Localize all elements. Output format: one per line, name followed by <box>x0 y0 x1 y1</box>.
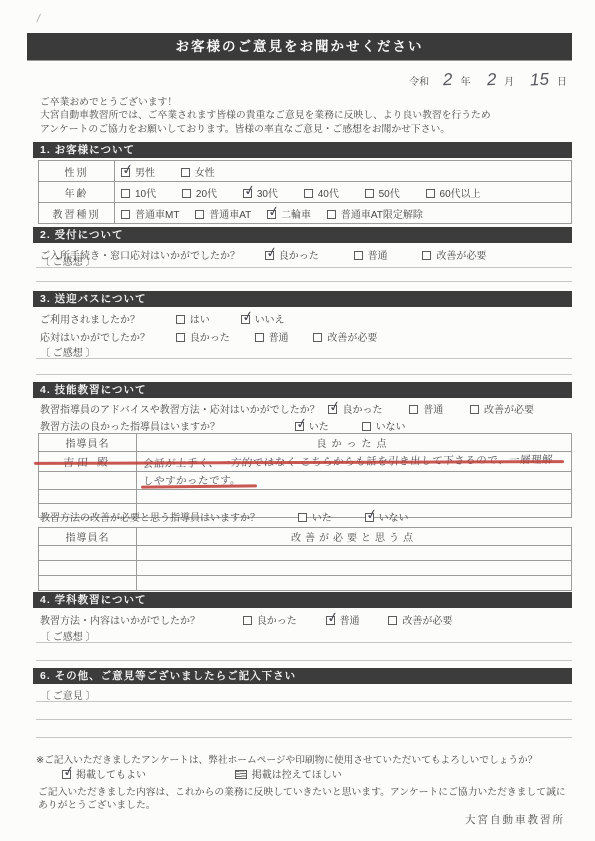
table-row <box>39 490 572 504</box>
closing-message: ご記入いただきました内容は、これからの業務に反映していきたいと思います。アンケー… <box>38 786 568 812</box>
column-header-name: 指導員名 <box>39 434 137 452</box>
option-label: 良かった <box>190 333 230 344</box>
option-label: 60代以上 <box>440 189 481 200</box>
check-mark-icon: ✓ <box>267 202 282 221</box>
academic-question-row: 教習方法・内容はいかがでしたか？ ✓良かった ✓普通 ✓改善が必要 <box>40 612 452 627</box>
checkbox-option-improve-instructor-yes[interactable]: ✓いた <box>298 509 332 524</box>
question-label: 教習方法・内容はいかがでしたか？ <box>40 612 240 627</box>
check-mark-icon: ✓ <box>242 181 257 200</box>
table-row <box>39 561 572 576</box>
checkbox[interactable]: ✓ <box>121 189 130 198</box>
date-day-value: 15 <box>530 70 550 91</box>
checkbox-option-bus-no[interactable]: ✓いいえ <box>241 311 285 326</box>
question-label: 教習方法の改善が必要と思う指導員はいますか？ <box>40 509 295 524</box>
checkbox-option-reception-good[interactable]: ✓良かった <box>265 247 319 262</box>
intro-line-3: アンケートのご協力をお願いしております。皆様の率直なご意見・ご感想をお聞かせ下さ… <box>40 123 565 136</box>
column-header-point: 良かった点 <box>137 434 572 452</box>
checkbox-option-skill-good[interactable]: ✓良かった <box>328 401 382 416</box>
section-1-header: 1. お客様について <box>33 142 572 158</box>
section-4-skill-header: 4. 技能教習について <box>33 382 572 398</box>
writing-line[interactable] <box>36 358 572 359</box>
checkbox-option-academic-improve[interactable]: ✓改善が必要 <box>388 612 452 627</box>
instructor-name-handwriting: 吉田 殿 <box>63 453 112 470</box>
table-header-row: 指導員名 良かった点 <box>39 434 572 452</box>
checkbox-option-bus-yes[interactable]: ✓はい <box>176 311 210 326</box>
checkbox[interactable]: ✓ <box>327 210 336 219</box>
bus-used-question-row: ご利用されましたか？ ✓はい ✓いいえ <box>40 311 285 326</box>
checkbox[interactable]: ✓ <box>326 616 335 625</box>
checkbox[interactable]: ✓ <box>121 210 130 219</box>
checkbox-option-age-60plus[interactable]: ✓60代以上 <box>426 185 481 200</box>
checkbox-option-bus-improve[interactable]: ✓改善が必要 <box>313 329 377 344</box>
check-mark-icon: ✓ <box>364 505 379 524</box>
checkbox-option-age-40s[interactable]: ✓40代 <box>304 185 339 200</box>
option-label: 普通車AT限定解除 <box>341 210 423 221</box>
publish-options-row: ✓掲載してもよい ✓掲載は控えてほしい <box>62 766 342 781</box>
checkbox-option-skill-normal[interactable]: ✓普通 <box>409 401 443 416</box>
publish-permission-question: ※ご記入いただきましたアンケートは、弊社ホームページや印刷物に使用させていただい… <box>36 752 576 766</box>
checkbox[interactable]: ✓ <box>176 315 185 324</box>
checkbox[interactable]: ✓ <box>121 168 130 177</box>
school-signature: 大宮自動車教習所 <box>465 812 565 827</box>
option-label: 10代 <box>135 189 156 200</box>
question-label: 応対はいかがでしたか？ <box>40 329 173 344</box>
option-label: 普通車AT <box>209 210 251 221</box>
checkbox-option-bus-good[interactable]: ✓良かった <box>176 329 230 344</box>
bus-service-question-row: 応対はいかがでしたか？ ✓良かった ✓普通 ✓改善が必要 <box>40 329 377 344</box>
option-label: 普通 <box>368 251 388 262</box>
checkbox[interactable]: ✓ <box>304 189 313 198</box>
option-label: 掲載してもよい <box>76 770 146 781</box>
option-label: 20代 <box>196 189 217 200</box>
option-label: いいえ <box>255 315 285 326</box>
good-instructor-table: 指導員名 良かった点 吉田 殿 会話が上手く、一方的ではなく こちらからも話を引… <box>38 433 572 518</box>
date-month-value: 2 <box>486 70 497 90</box>
checkbox-option-skill-improve[interactable]: ✓改善が必要 <box>470 401 534 416</box>
check-mark-icon: ✓ <box>240 307 255 326</box>
checkbox-option-age-20s[interactable]: ✓20代 <box>182 185 217 200</box>
checkbox-option-academic-normal[interactable]: ✓普通 <box>326 612 360 627</box>
check-mark-icon: ✓ <box>294 414 309 433</box>
checkbox-option-male[interactable]: ✓男性 <box>121 164 155 179</box>
intro-line-1: ご卒業おめでとうございます！ <box>40 96 565 109</box>
checkbox[interactable]: ✓ <box>362 422 371 431</box>
checkbox-option-academic-good[interactable]: ✓良かった <box>243 612 297 627</box>
option-label: 二輪車 <box>281 210 311 221</box>
checkbox-option-at-limit-release[interactable]: ✓普通車AT限定解除 <box>327 206 423 221</box>
checkbox[interactable]: ✓ <box>365 189 374 198</box>
date-day-suffix: 日 <box>557 77 567 88</box>
table-header-row: 指導員名 改善が必要と思う点 <box>39 528 572 546</box>
checkbox-option-age-30s[interactable]: ✓30代 <box>243 185 278 200</box>
checkbox[interactable]: ✓ <box>426 189 435 198</box>
checkbox[interactable]: ✓ <box>255 333 264 342</box>
date-era-label: 令和 <box>409 77 429 88</box>
checkbox[interactable]: ✓ <box>409 405 418 414</box>
option-label: いない <box>376 422 406 433</box>
date-year-value: 2 <box>443 70 454 90</box>
checkbox-option-good-instructor-no[interactable]: ✓いない <box>362 418 406 433</box>
checkbox[interactable]: ✓ <box>181 168 190 177</box>
option-label: 女性 <box>195 168 215 179</box>
option-label: 40代 <box>318 189 339 200</box>
comment-label: 〔 ご感想 〕 <box>40 344 96 359</box>
option-label: 50代 <box>379 189 400 200</box>
option-label: 改善が必要 <box>484 405 534 416</box>
column-header-point: 改善が必要と思う点 <box>137 528 572 546</box>
checkbox-option-publish-ok[interactable]: ✓掲載してもよい <box>62 766 146 781</box>
checkbox-option-car-at[interactable]: ✓普通車AT <box>195 206 251 221</box>
checkbox[interactable]: ✓ <box>182 189 191 198</box>
checkbox[interactable]: ✓ <box>354 251 363 260</box>
writing-line[interactable] <box>36 374 572 375</box>
section-academic-header: 4. 学科教習について <box>33 592 572 608</box>
checkbox-option-car-mt[interactable]: ✓普通車MT <box>121 206 179 221</box>
writing-line[interactable] <box>36 281 572 282</box>
comment-label: 〔 ご意見 〕 <box>40 687 96 702</box>
writing-line[interactable] <box>36 642 572 643</box>
checkbox-option-female[interactable]: ✓女性 <box>181 164 215 179</box>
date-month-suffix: 月 <box>504 77 514 88</box>
intro-line-2: 大宮自動車教習所では、ご卒業されます皆様の貴重なご意見を業務に反映し、より良い教… <box>40 109 565 122</box>
table-row: しやすかったです。 <box>39 472 572 490</box>
checkbox-option-publish-refrain[interactable]: ✓掲載は控えてほしい <box>235 766 342 781</box>
option-label: 普通車MT <box>135 210 179 221</box>
checkbox[interactable]: ✓ <box>267 210 276 219</box>
table-row: 教習種別 ✓普通車MT ✓普通車AT ✓二輪車 ✓普通車AT限定解除 <box>39 203 572 224</box>
table-row: 性別 ✓男性 ✓女性 <box>39 161 572 182</box>
writing-line[interactable] <box>36 701 572 702</box>
table-row <box>39 546 572 561</box>
table-row <box>39 576 572 591</box>
scan-artifact <box>36 14 43 23</box>
option-label: いた <box>309 422 329 433</box>
instructor-advice-question-row: 教習指導員のアドバイスや教習方法・応対はいかがでしたか？ ✓良かった ✓普通 ✓… <box>40 401 534 416</box>
checkbox[interactable]: ✓ <box>328 405 337 414</box>
option-label: 30代 <box>257 189 278 200</box>
option-label: 普通 <box>423 405 443 416</box>
course-row-label: 教習種別 <box>39 203 115 224</box>
checkbox[interactable]: ✓ <box>235 770 247 779</box>
checkbox[interactable]: ✓ <box>176 333 185 342</box>
checkbox-option-motorcycle[interactable]: ✓二輪車 <box>267 206 311 221</box>
option-label: 普通 <box>269 333 289 344</box>
good-instructor-question-row: 教習方法の良かった指導員はいますか？ ✓いた ✓いない <box>40 418 406 433</box>
question-label: 教習方法の良かった指導員はいますか？ <box>40 418 292 433</box>
checkbox[interactable]: ✓ <box>388 616 397 625</box>
writing-line[interactable] <box>36 660 572 661</box>
checkbox[interactable]: ✓ <box>241 315 250 324</box>
option-label: 改善が必要 <box>402 616 452 627</box>
age-row-label: 年齢 <box>39 182 115 203</box>
writing-line[interactable] <box>36 737 572 738</box>
question-label: ご利用されましたか？ <box>40 311 173 326</box>
table-row: 吉田 殿 会話が上手く、一方的ではなく こちらからも話を引き出して下さるので、一… <box>39 452 572 472</box>
writing-line[interactable] <box>36 719 572 720</box>
option-label: 改善が必要 <box>436 251 486 262</box>
checkbox[interactable]: ✓ <box>365 513 374 522</box>
option-label: 改善が必要 <box>327 333 377 344</box>
date-line: 令和2年2月15日 <box>409 70 567 90</box>
writing-line[interactable] <box>36 267 572 268</box>
question-label: 教習指導員のアドバイスや教習方法・応対はいかがでしたか？ <box>40 401 320 416</box>
checkbox-option-bus-normal[interactable]: ✓普通 <box>255 329 289 344</box>
option-label: 良かった <box>257 616 297 627</box>
improve-instructor-question-row: 教習方法の改善が必要と思う指導員はいますか？ ✓いた ✓いない <box>40 509 409 524</box>
checkbox-option-improve-instructor-no[interactable]: ✓いない <box>365 509 409 524</box>
checkbox[interactable]: ✓ <box>470 405 479 414</box>
checkbox[interactable]: ✓ <box>422 251 431 260</box>
option-label: 掲載は控えてほしい <box>252 770 342 781</box>
form-title-banner: お客様のご意見をお聞かせください <box>27 33 572 60</box>
intro-text: ご卒業おめでとうございます！ 大宮自動車教習所では、ご卒業されます皆様の貴重なご… <box>40 96 565 136</box>
check-mark-icon: ✓ <box>121 160 136 179</box>
gender-row-label: 性別 <box>39 161 115 182</box>
option-label: 普通 <box>340 616 360 627</box>
checkbox[interactable]: ✓ <box>62 770 71 779</box>
check-mark-icon: ✓ <box>325 608 340 627</box>
section-3-header: 3. 送迎バスについて <box>33 291 572 307</box>
comment-label: 〔 ご感想 〕 <box>40 628 96 643</box>
checkbox[interactable]: ✓ <box>313 333 322 342</box>
checkbox[interactable]: ✓ <box>295 422 304 431</box>
option-label: 良かった <box>342 405 382 416</box>
checkbox-option-good-instructor-yes[interactable]: ✓いた <box>295 418 329 433</box>
comment-label: 〔 ご感想 〕 <box>40 253 96 268</box>
good-point-handwriting-line2: しやすかったです。 <box>142 472 241 488</box>
checkbox[interactable]: ✓ <box>265 251 274 260</box>
customer-info-table: 性別 ✓男性 ✓女性 年齢 ✓10代 ✓20代 ✓30代 ✓40代 ✓50代 ✓… <box>38 160 572 224</box>
section-2-header: 2. 受付について <box>33 227 572 243</box>
option-label: いた <box>312 513 332 524</box>
checkbox[interactable]: ✓ <box>298 513 307 522</box>
checkbox-option-age-50s[interactable]: ✓50代 <box>365 185 400 200</box>
option-label: 良かった <box>279 251 319 262</box>
checkbox-option-reception-normal[interactable]: ✓普通 <box>354 247 388 262</box>
column-header-name: 指導員名 <box>39 528 137 546</box>
table-row: 年齢 ✓10代 ✓20代 ✓30代 ✓40代 ✓50代 ✓60代以上 <box>39 182 572 203</box>
section-6-header: 6. その他、ご意見等ございましたらご記入下さい <box>33 668 572 684</box>
check-mark-icon: ✓ <box>328 397 343 416</box>
reception-question-row: ご入所手続き・窓口応対はいかがでしたか？ ✓良かった ✓普通 ✓改善が必要 <box>40 247 486 262</box>
checkbox-option-age-10s[interactable]: ✓10代 <box>121 185 156 200</box>
option-label: いない <box>379 513 409 524</box>
good-point-handwriting-line1: 会話が上手く、一方的ではなく こちらからも話を引き出して下さるので、一層理解 <box>142 452 553 471</box>
option-label: 男性 <box>135 168 155 179</box>
option-label: はい <box>190 315 210 326</box>
checkbox-option-reception-improve[interactable]: ✓改善が必要 <box>422 247 486 262</box>
scanned-survey-page: お客様のご意見をお聞かせください 令和2年2月15日 ご卒業おめでとうございます… <box>0 0 595 841</box>
improve-instructor-table: 指導員名 改善が必要と思う点 <box>38 527 572 591</box>
check-mark-icon: ✓ <box>264 243 279 262</box>
checkbox[interactable]: ✓ <box>243 616 252 625</box>
checkbox[interactable]: ✓ <box>195 210 204 219</box>
checkbox[interactable]: ✓ <box>243 189 252 198</box>
date-year-suffix: 年 <box>461 77 471 88</box>
